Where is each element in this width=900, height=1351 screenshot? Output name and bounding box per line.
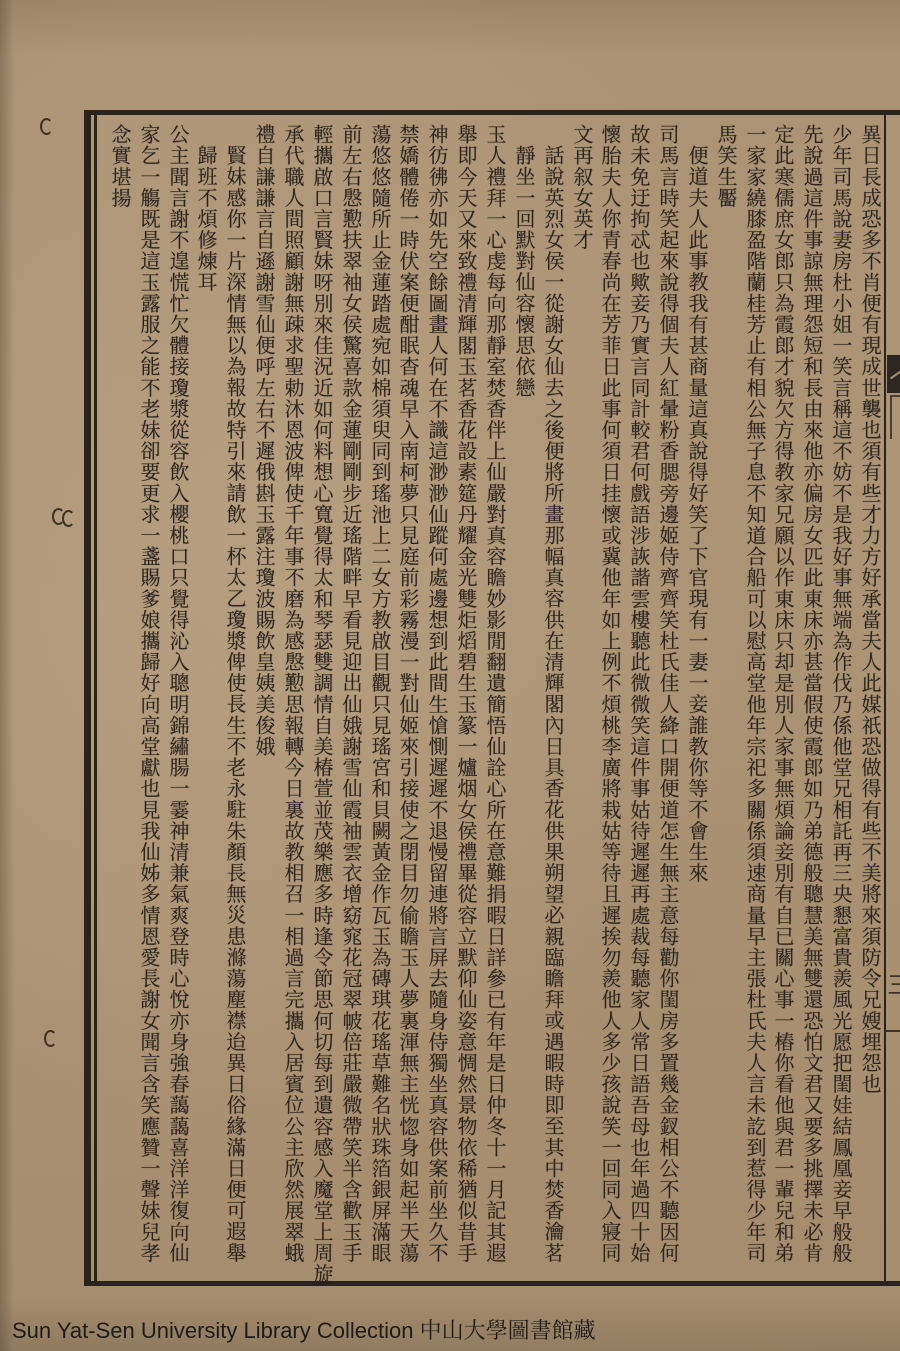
book-mouth-margin: 三: [886, 113, 900, 1283]
text-column: 懷胎夫人你青春尚在芳菲日此事何須日挂懷或冀他年如上例不煩桃李廣將栽姑等待且遲挨勿…: [599, 124, 621, 1263]
text-column: 司馬言時笑起來說得個夫人紅暈粉香腮旁邊姬侍齊齊笑杜氏佳人絳口開便道怎生無主意每勸…: [657, 124, 679, 1263]
page-edge-shadow: [0, 0, 14, 1351]
margin-rule: [886, 1030, 900, 1032]
text-column: 少年司馬說妻房杜小姐一笑言稱這不妨不是我好事無端為作伐乃係他堂兄相託再三央懇富貴…: [830, 124, 852, 1263]
text-column: 馬笑生靨: [715, 124, 737, 208]
text-column: 便道夫人此事教我有甚商量這真說得好笑了下官現有一妻一妾誰教你等不會生來: [686, 145, 708, 884]
frame-top-rule: [84, 110, 900, 115]
binding-hole: [62, 510, 75, 527]
text-column: 念實堪揚: [109, 124, 131, 208]
library-collection-caption: Sun Yat-Sen University Library Collectio…: [12, 1318, 596, 1344]
text-column: 禮自謙謙言自遜謝雪仙便呼左右不遲俄斟玉露注瓊波賜飲皇姨美俊娥: [253, 124, 275, 757]
binding-hole: [44, 1030, 57, 1047]
frame-bottom-rule: [84, 1281, 900, 1286]
text-column: 輕攜啟口言賢妹呀別來佳況近如何料想心寬覺得太和琴瑟雙調情自美椿萱並茂樂應多時逢令…: [311, 124, 333, 1285]
text-column: 舉即今天又來致禮清輝閣玉茗香花設素筵丹耀金光雙炬熖碧生玉篆一爐烟女侯禮畢從容立默…: [455, 124, 477, 1263]
text-column: 公主聞言謝不遑慌忙欠體接瓊漿從容飲入櫻桃口只覺得沁入聰明錦繡腸一霎神清兼氣爽登時…: [167, 124, 189, 1263]
text-column: 歸班不煩修煉耳: [195, 145, 217, 293]
text-column: 神彷彿亦如先空餘圖畫人何在不識這渺渺仙蹤何處邊想到此間生愴惻遲遲不退慢留連將言屏…: [426, 124, 448, 1263]
frame-left-thick-rule: [84, 110, 91, 1286]
text-column: 定此寒儒庶女郎只為霞郎才貌欠方得教家兄願以作東床只却是別人家事無煩論妾別有自已關…: [772, 124, 794, 1263]
text-column: 蕩悠悠隨所止金蓮踏處宛如棉須臾同到瑤池上二女方教啟目觀只見瑤宮和貝闕黃金作瓦玉為…: [369, 124, 391, 1263]
text-column: 靜坐一回默對仙容懷思依戀: [513, 145, 535, 398]
text-column: 禁嬌體倦一時伏案便酣眠杳魂早入南柯夢只見庭前彩霧漫一對仙姬來引接使之閉目勿偷瞻玉…: [397, 124, 419, 1263]
frame-left-thin-rule: [94, 113, 97, 1283]
text-column: 先說過這件事諒無理怨短和長由來他亦偏房女匹此東床亦甚當假使霞郎如乃弟德般聰慧美無…: [801, 124, 823, 1263]
text-column: 異日長成恐多不肖便有現成世襲也須有些才力方好承當夫人此媒祇恐做得有些不美將來須防…: [859, 124, 881, 1095]
text-column-paragraph-start: 話說英烈女侯一從謝女仙去之後便將所畫那幅真容供在清輝閣內日具香花供果朔望必親臨瞻…: [542, 145, 564, 1263]
text-column: 前左右慇懃扶翠袖女侯驚喜款金蓮剛剛步近瑤階畔早看見迎出仙娥謝雪仙霞袖雲衣增窈窕花…: [340, 124, 362, 1263]
margin-bracket: [890, 395, 900, 439]
text-column: 家乞一觴既是這玉露服之能不老妹卻要更求一盞賜爹娘攜歸好向高堂獻也見我仙姊多情恩愛…: [138, 124, 160, 1263]
fishtail-mark: [887, 355, 900, 393]
text-column: 一家家繞膝盈階蘭桂芳止有相公無子息不知道合船可以慰高堂他年宗祀多關係須速商量早主…: [744, 124, 766, 1263]
page-number: 三: [888, 973, 900, 997]
binding-hole: [40, 118, 53, 135]
text-column: 玉人禮拜一心虔每向那靜室焚香伴上仙嚴對真容瞻妙影閒翻遺簡悟仙詮心所在意難捐暇日詳…: [484, 124, 506, 1263]
text-column: 故未免迂拘忒也歟妾乃實言同計較君何戲語涉詼諧雲樓聽此微微笑這件事姑待遲遲再處裁每…: [628, 124, 650, 1263]
text-column: 賢妹感你一片深情無以為報故特引來請飲一杯太乙瓊漿俾使長生不老永駐朱顏長無災患滌蕩…: [224, 145, 246, 1263]
text-column: 文再叙女英才: [571, 124, 593, 251]
text-column: 承代職人間照顧謝無疎求聖勅沐恩波俾使千年事不磨為感慇懃思報轉今日裏故教相召一相過…: [282, 124, 304, 1263]
